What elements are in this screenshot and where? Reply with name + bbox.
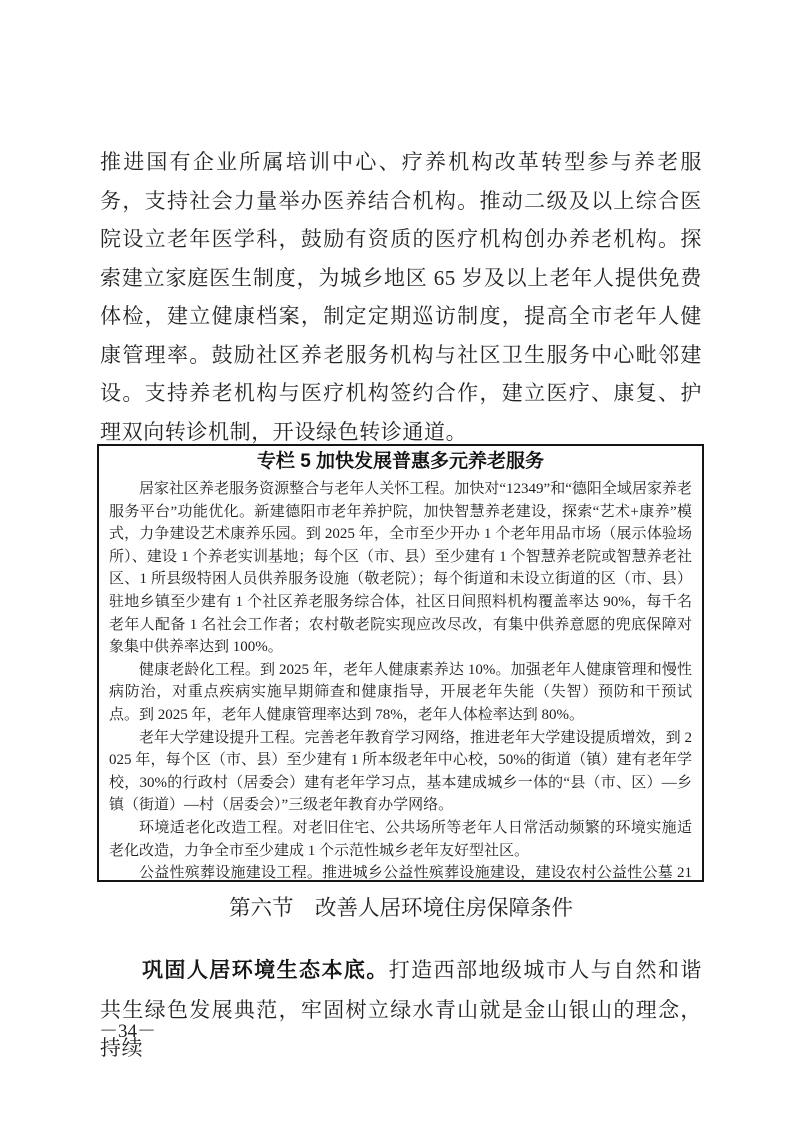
feature-box-paragraph-5: 公益性殡葬设施建设工程。推进城乡公益性殡葬设施建设，建设农村公益性公墓 21 个… <box>109 862 692 882</box>
feature-box-paragraph-3: 老年大学建设提升工程。完善老年教育学习网络，推进老年大学建设提质增效，到 202… <box>109 727 692 817</box>
section-heading: 第六节 改善人居环境住房保障条件 <box>100 893 702 923</box>
main-paragraph: 推进国有企业所属培训中心、疗养机构改革转型参与养老服务，支持社会力量举办医养结合… <box>100 143 702 451</box>
closing-paragraph: 巩固人居环境生态本底。打造西部地级城市人与自然和谐共生绿色发展典范，牢固树立绿水… <box>100 951 702 1068</box>
feature-box-paragraph-4: 环境适老化改造工程。对老旧住宅、公共场所等老年人日常活动频繁的环境实施适老化改造… <box>109 817 692 862</box>
feature-box-paragraph-2: 健康老龄化工程。到 2025 年，老年人健康素养达 10%。加强老年人健康管理和… <box>109 659 692 727</box>
feature-box-paragraph-1: 居家社区养老服务资源整合与老年人关怀工程。加快对“12349”和“德阳全域居家养… <box>109 478 692 659</box>
feature-box-title: 专栏 5 加快发展普惠多元养老服务 <box>109 449 692 475</box>
document-page: 推进国有企业所属培训中心、疗养机构改革转型参与养老服务，支持社会力量举办医养结合… <box>0 0 793 1122</box>
page-number: －34－ <box>99 1018 156 1046</box>
closing-paragraph-lead: 巩固人居环境生态本底。 <box>142 959 389 982</box>
feature-box: 专栏 5 加快发展普惠多元养老服务 居家社区养老服务资源整合与老年人关怀工程。加… <box>97 444 704 882</box>
